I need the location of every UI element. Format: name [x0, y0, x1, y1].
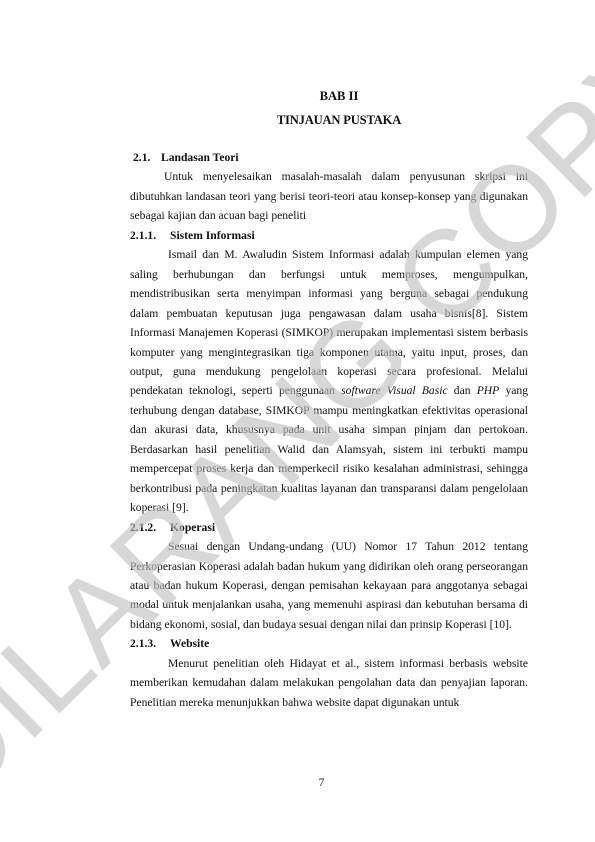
page-number: 7 — [24, 776, 595, 789]
section-title: Sistem Informasi — [170, 229, 255, 242]
section-heading-koperasi: 2.1.2.Koperasi — [130, 518, 528, 537]
section-heading-landasan-teori: 2.1.Landasan Teori — [130, 148, 528, 167]
section-number: 2.1. — [133, 148, 161, 167]
chapter-title: TINJAUAN PUSTAKA — [150, 110, 528, 130]
section-number: 2.1.3. — [130, 634, 170, 653]
paragraph-website: Menurut penelitian oleh Hidayat et al., … — [130, 654, 528, 712]
section-heading-sistem-informasi: 2.1.1.Sistem Informasi — [130, 226, 528, 245]
section-number: 2.1.1. — [130, 226, 170, 245]
section-title: Koperasi — [170, 521, 215, 534]
paragraph-landasan-teori: Untuk menyelesaikan masalah-masalah dala… — [130, 167, 528, 225]
chapter-number: BAB II — [150, 86, 528, 106]
paragraph-sistem-informasi: Ismail dan M. Awaludin Sistem Informasi … — [130, 245, 528, 517]
page-content: BAB II TINJAUAN PUSTAKA 2.1.Landasan Teo… — [130, 86, 528, 712]
paragraph-koperasi: Sesuai dengan Undang-undang (UU) Nomor 1… — [130, 537, 528, 634]
section-number: 2.1.2. — [130, 518, 170, 537]
paragraph-text: Ismail dan M. Awaludin Sistem Informasi … — [130, 248, 528, 397]
section-heading-website: 2.1.3.Website — [130, 634, 528, 653]
italic-term-software: software Visual Basic — [341, 384, 447, 397]
document-page: BAB II TINJAUAN PUSTAKA 2.1.Landasan Teo… — [0, 0, 595, 842]
italic-term-php: PHP — [477, 384, 500, 397]
section-title: Website — [170, 637, 209, 650]
paragraph-text: dan — [448, 384, 477, 397]
section-title: Landasan Teori — [161, 151, 239, 164]
paragraph-text: yang terhubung dengan database, SIMKOP m… — [130, 384, 528, 514]
